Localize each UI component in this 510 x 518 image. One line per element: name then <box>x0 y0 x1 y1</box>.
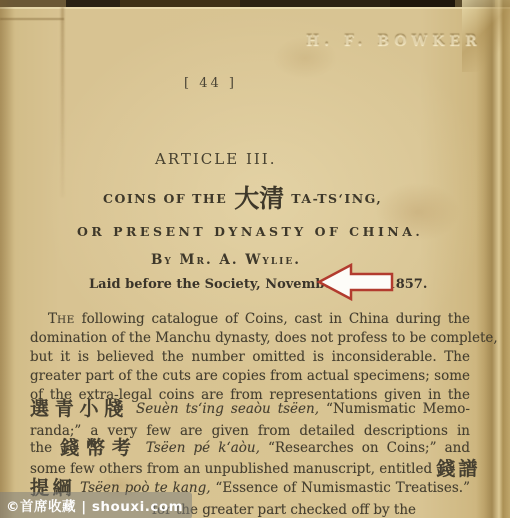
body-text-segment: greater part of the cuts are copies from… <box>30 368 470 384</box>
body-line: 選青小牋 Seuèn ts‘ing seaòu tsëen, “Numismat… <box>30 400 470 419</box>
body-text-segment: “Numismatic Memo- <box>319 401 470 417</box>
chinese-text: 錢幣考 <box>60 437 137 459</box>
body-text-segment: “Essence of Numismastic Treatises.” <box>211 480 470 496</box>
body-text-segment: “Researches on Coins;” and <box>260 440 470 456</box>
body-text-segment: but it is believed the number omitted is… <box>30 349 470 365</box>
body-text-segment: following catalogue of Coins, cast in Ch… <box>75 311 470 327</box>
body-line: but it is believed the number omitted is… <box>30 349 470 366</box>
body-text-segment: Seuèn ts‘ing seaòu tsëen, <box>129 401 319 417</box>
body-line: the 錢幣考 Tsëen pé k‘aòu, “Researches on C… <box>30 439 470 458</box>
body-line: domination of the Manchu dynasty, does n… <box>30 330 470 347</box>
body-text-segment: some few others from an unpublished manu… <box>30 461 436 477</box>
body-text-segment: T <box>48 311 57 327</box>
body-line: THE following catalogue of Coins, cast i… <box>30 311 470 329</box>
body-text: THE following catalogue of Coins, cast i… <box>0 0 510 518</box>
scanned-book-page: H. F. BOWKER [ 44 ] ARTICLE III. COINS O… <box>0 0 510 518</box>
body-line: some few others from an unpublished manu… <box>30 460 470 479</box>
body-text-segment: the <box>30 440 60 456</box>
body-text-segment: domination of the Manchu dynasty, does n… <box>30 330 498 346</box>
body-text-segment: HE <box>57 314 75 326</box>
body-line: greater part of the cuts are copies from… <box>30 368 470 385</box>
chinese-text: 選青小牋 <box>30 398 129 420</box>
body-text-segment: Tsëen pé k‘aòu, <box>138 440 260 456</box>
site-watermark: ©首席收藏 | shouxi.com <box>0 492 192 518</box>
chinese-text: 錢譜 <box>436 458 480 480</box>
